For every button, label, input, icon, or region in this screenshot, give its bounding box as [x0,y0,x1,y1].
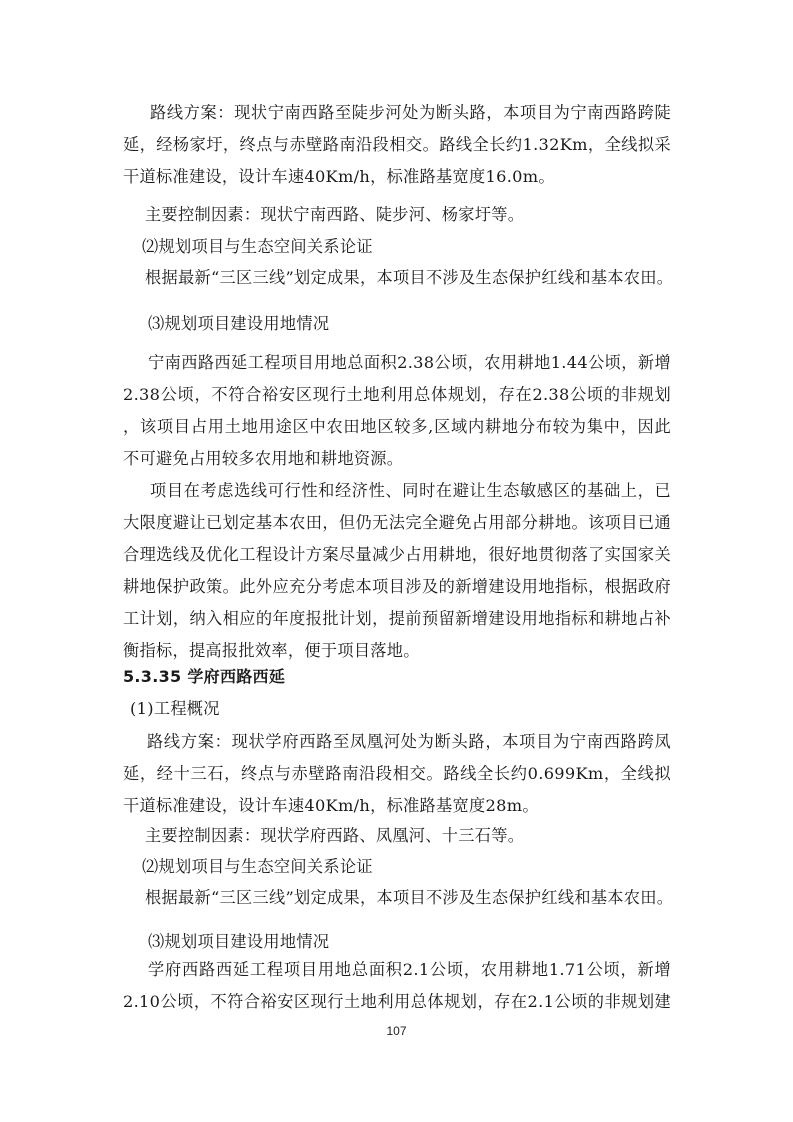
text-line: 学府西路西延工程项目用地总面积2.1公顷，农用耕地1.71公顷，新增建设用地 [148,960,671,980]
section-heading: 5.3.35 学府西路西延 [123,667,671,687]
text-line: 根据最新“三区三线”划定成果，本项目不涉及生态保护红线和基本农田。 [145,888,671,908]
text-line: 不可避免占用较多农用地和耕地资源。 [123,449,671,469]
text-line: ⑶规划项目建设用地情况 [148,314,671,334]
text-line: (1)工程概况 [130,699,671,719]
text-line: 项目在考虑选线可行性和经济性、同时在避让生态敏感区的基础上，已最 [150,481,671,501]
text-line: 宁南西路西延工程项目用地总面积2.38公顷，农用耕地1.44公顷，新增建设用地 [148,353,671,373]
text-line: 干道标准建设，设计车速40Km/h，标准路基宽度16.0m。 [123,167,671,187]
text-line: 延，经十三石，终点与赤壁路南沿段相交。路线全长约0.699Km，全线拟采用城市次 [123,764,671,784]
text-line: 路线方案：现状宁南西路至陡步河处为断头路，本项目为宁南西路跨陡步河西 [150,103,671,123]
text-line: ⑵规划项目与生态空间关系论证 [142,237,671,257]
text-line: 大限度避让已划定基本农田，但仍无法完全避免占用部分耕地。该项目已通过 [123,513,671,533]
text-line: 根据最新“三区三线”划定成果，本项目不涉及生态保护红线和基本农田。 [145,268,671,288]
text-line: 衡指标，提高报批效率，便于项目落地。 [123,641,671,661]
text-line: 工计划，纳入相应的年度报批计划，提前预留新增建设用地指标和耕地占补平 [123,609,671,629]
text-line: ⑶规划项目建设用地情况 [148,932,671,952]
text-line: 延，经杨家圩，终点与赤壁路南沿段相交。路线全长约1.32Km，全线拟采用城市次 [123,135,671,155]
text-line: 路线方案：现状学府西路至凤凰河处为断头路，本项目为宁南西路跨凤凰河西 [147,732,671,752]
text-line: 主要控制因素：现状宁南西路、陡步河、杨家圩等。 [145,205,671,225]
text-line: 合理选线及优化工程设计方案尽量减少占用耕地，很好地贯彻落了实国家关于 [123,545,671,565]
text-line: 2.10公顷，不符合裕安区现行土地利用总体规划，存在2.1公顷的非规划建设用地， [123,992,671,1012]
text-line: ，该项目占用土地用途区中农田地区较多,区域内耕地分布较为集中，因此项目建设 [123,417,671,437]
document-page: 路线方案：现状宁南西路至陡步河处为断头路，本项目为宁南西路跨陡步河西延，经杨家圩… [0,0,793,1122]
page-number: 107 [0,1024,793,1038]
text-line: 干道标准建设，设计车速40Km/h，标准路基宽度28m。 [123,796,671,816]
text-line: ⑵规划项目与生态空间关系论证 [142,857,671,877]
text-line: 耕地保护政策。此外应充分考虑本项目涉及的新增建设用地指标，根据政府开 [123,577,671,597]
text-line: 主要控制因素：现状学府西路、凤凰河、十三石等。 [145,826,671,846]
text-line: 2.38公顷，不符合裕安区现行土地利用总体规划，存在2.38公顷的非规划建设用地 [123,385,671,405]
